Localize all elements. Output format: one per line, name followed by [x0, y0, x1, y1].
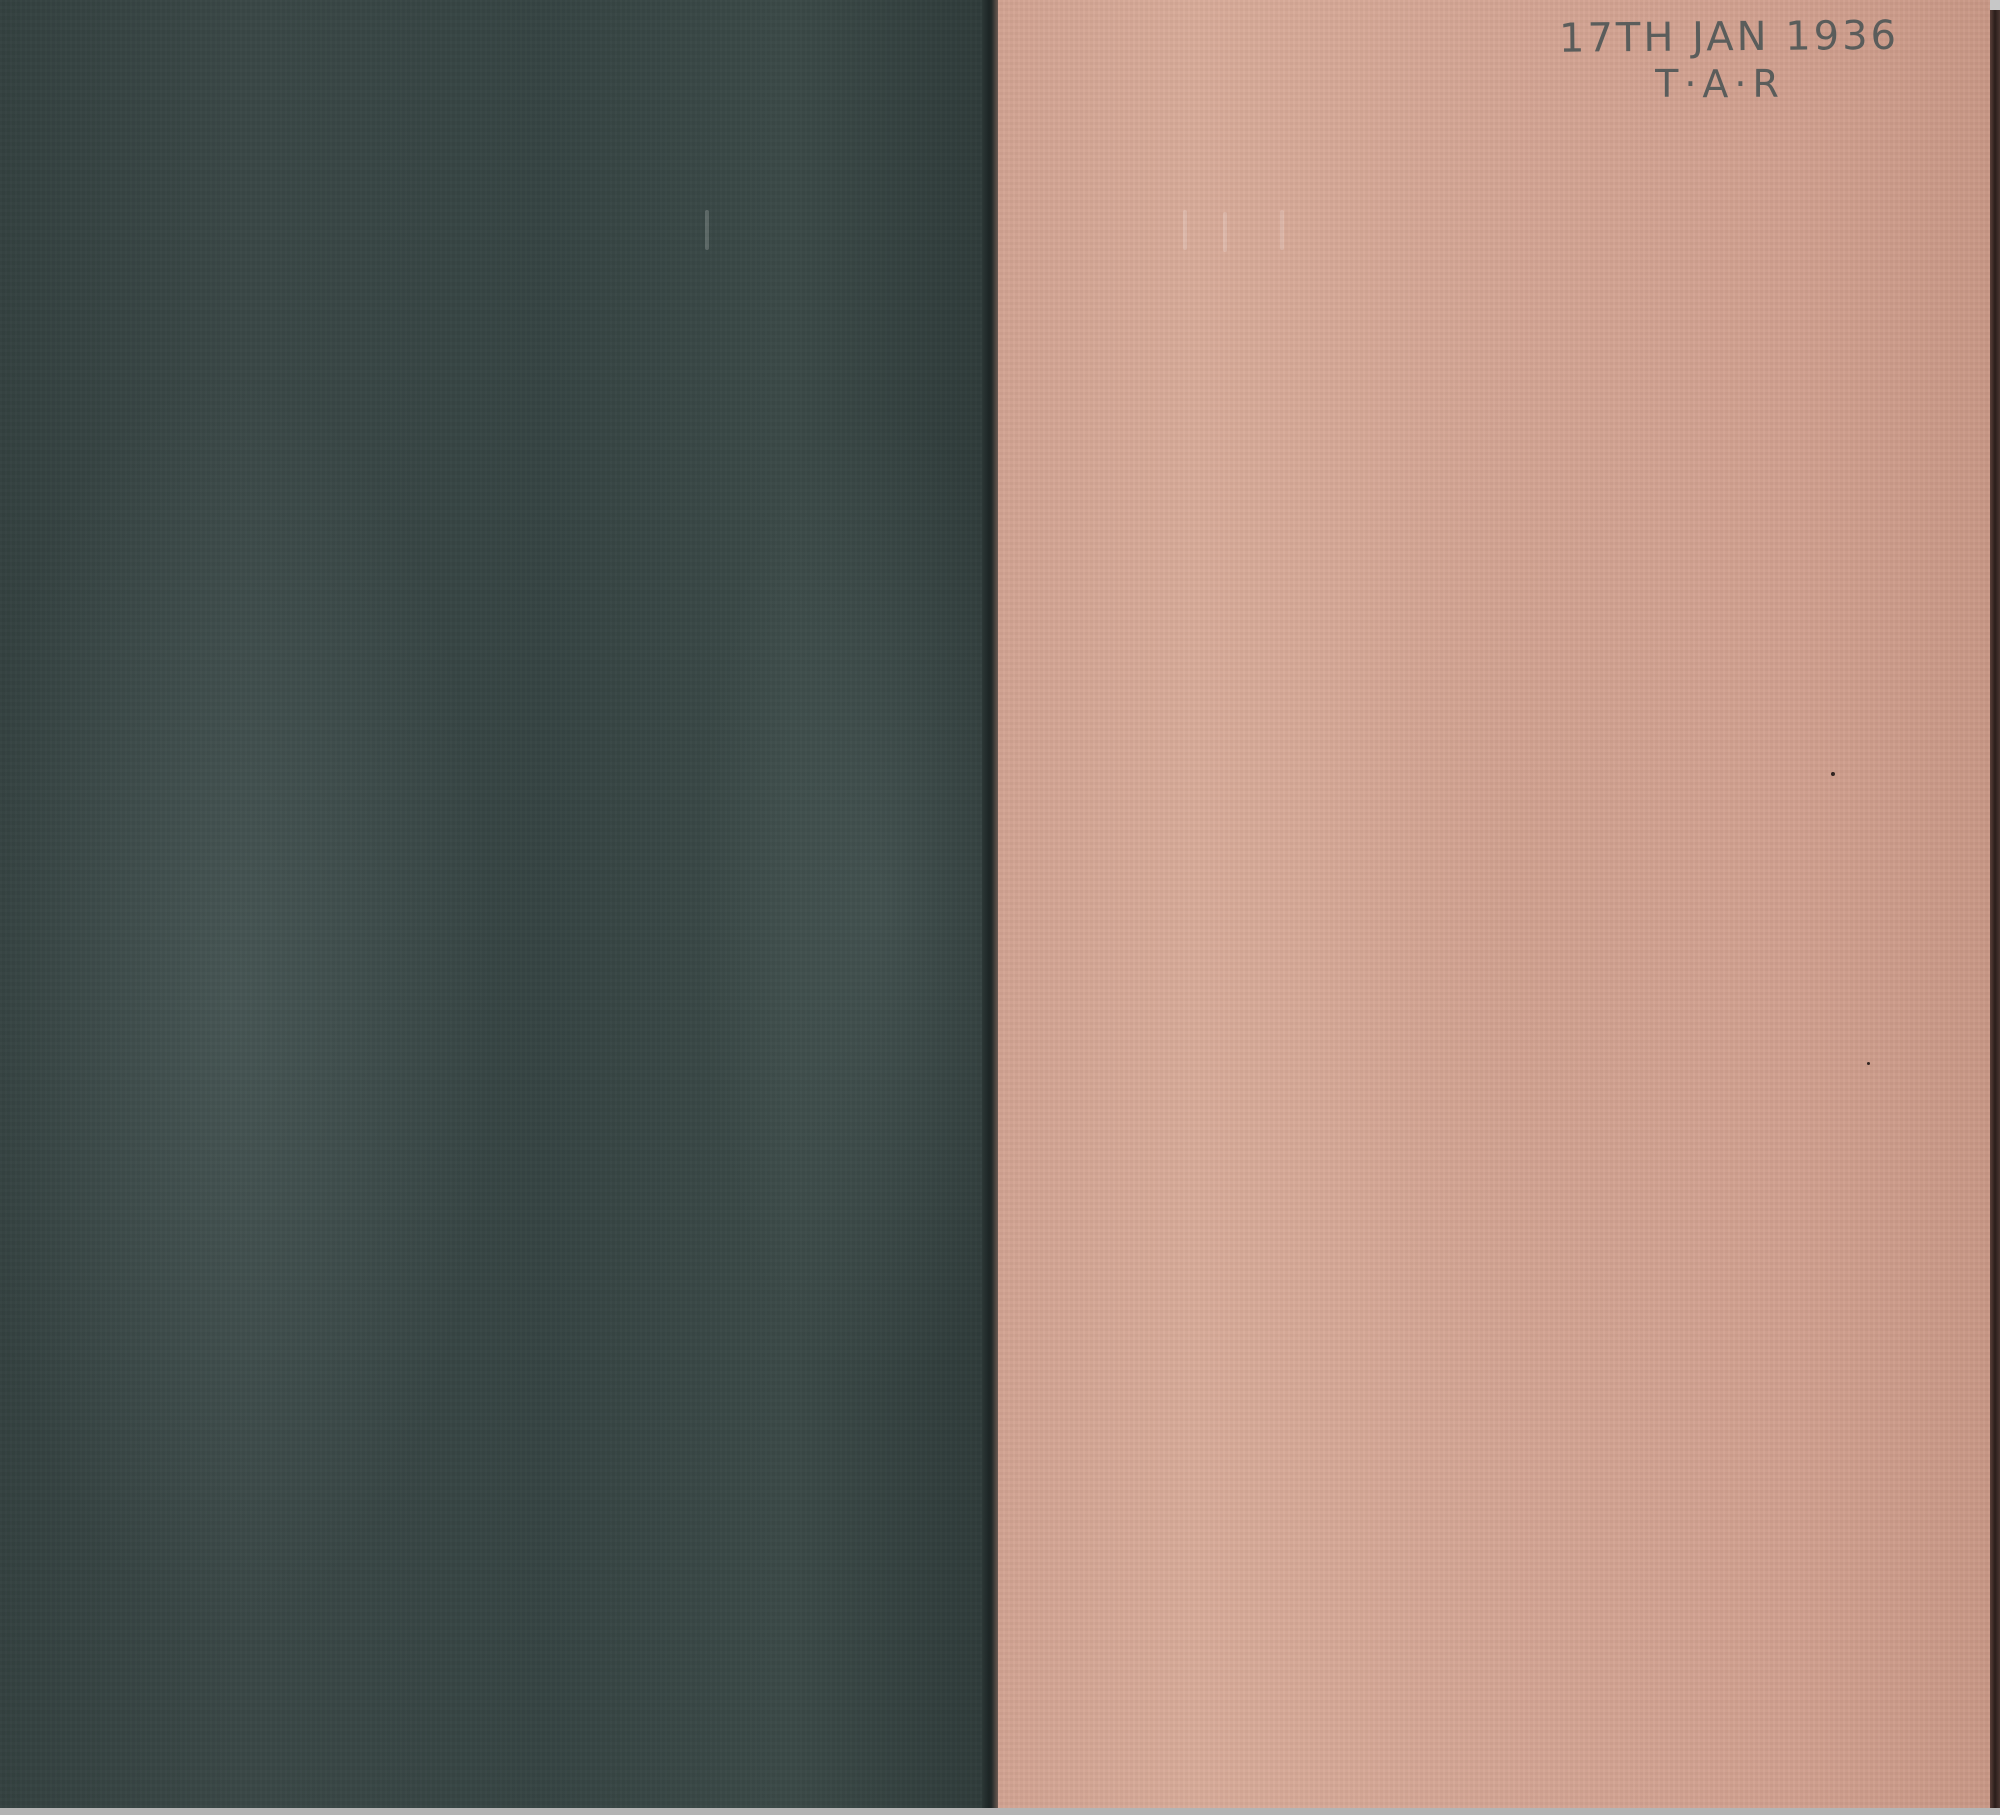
annotation-initials: T·A·R	[1555, 62, 1955, 106]
scan-bottom-edge	[0, 1808, 2000, 1815]
emboss-mark	[1280, 210, 1284, 250]
handwritten-annotation: 17TH JAN 1936 T·A·R	[1555, 14, 1955, 106]
page-block-edge	[1990, 10, 2000, 1810]
paper-speck	[1831, 772, 1835, 776]
right-page-endpaper	[998, 0, 1990, 1808]
spine-gutter	[982, 0, 998, 1808]
emboss-mark	[1223, 212, 1227, 252]
emboss-mark	[705, 210, 709, 250]
annotation-date: 17TH JAN 1936	[1555, 12, 1955, 61]
left-page-inside-cover	[0, 0, 990, 1808]
paper-speck	[1867, 1062, 1870, 1065]
scanned-spread: 17TH JAN 1936 T·A·R	[0, 0, 2000, 1815]
emboss-mark	[1183, 210, 1187, 250]
